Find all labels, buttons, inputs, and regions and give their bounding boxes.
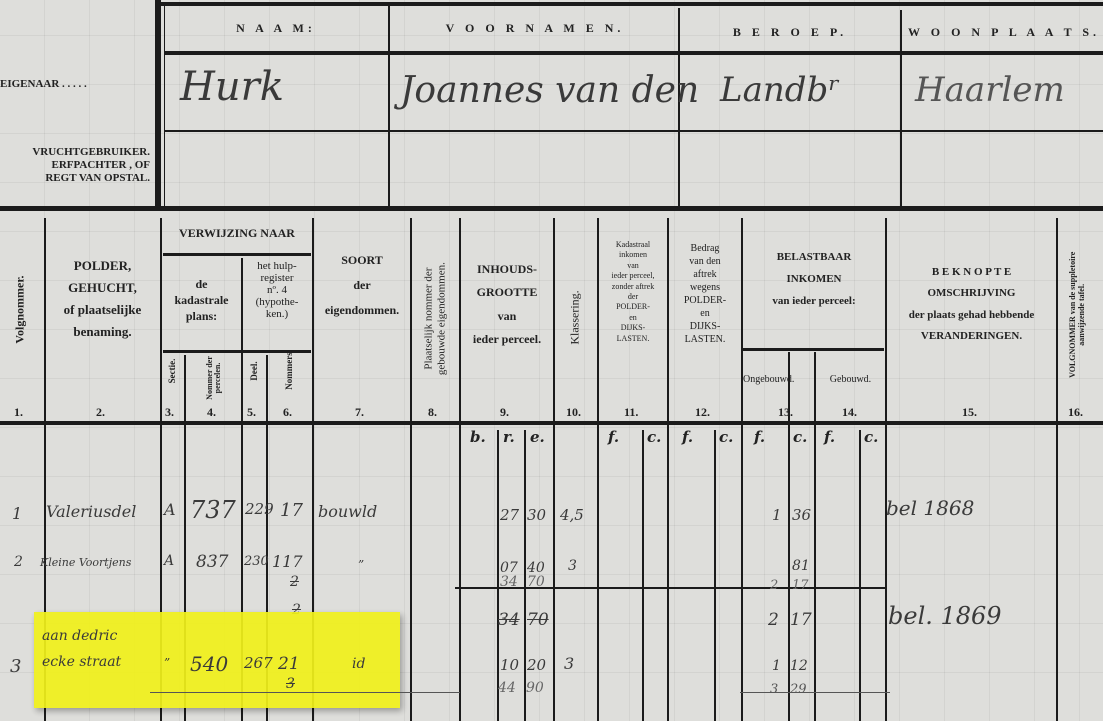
unit-c14-florin: f. xyxy=(824,428,835,446)
col-nommers-title: Nommers xyxy=(284,344,294,398)
owner-section-bottom-rule xyxy=(0,206,1103,211)
row-3-soort: id xyxy=(352,656,365,672)
eigenaar-label: EIGENAAR . . . . . xyxy=(0,78,150,91)
col-16-number: 16. xyxy=(1068,405,1083,420)
row-2-nommer-sub1: 2 xyxy=(290,574,299,590)
row-3-total-roede: 44 xyxy=(498,680,516,696)
col-plaatselijk-nommer-title: Plaatselijk nommer der gebouwde eigendom… xyxy=(422,246,447,392)
col-7-number: 7. xyxy=(355,405,364,420)
col-deel-title: Deel. xyxy=(249,351,259,391)
owner-header-rule xyxy=(165,51,1103,55)
col-soort-title: SOORT der eigendommen. xyxy=(314,254,410,317)
col-gebouwd-title: Gebouwd. xyxy=(816,374,885,386)
unit-c13-florin: f. xyxy=(754,428,765,446)
col-4-number: 4. xyxy=(207,405,216,420)
eigenaar-woonplaats: Haarlem xyxy=(915,70,1065,110)
owner-col-divider-3 xyxy=(900,10,902,208)
eigenaar-beroep: Landbʳ xyxy=(720,70,840,110)
col-2-number: 2. xyxy=(96,405,105,420)
col-rule-14c xyxy=(859,430,861,721)
top-rule xyxy=(160,2,1103,6)
row-2-subtotal-roede: 34 xyxy=(500,574,518,590)
row-2-subtotal-c: 17 xyxy=(792,578,809,593)
row-2-carry-roede: 34 xyxy=(498,610,520,630)
belastbaar-inkomen-title: BELASTBAAR INKOMEN van ieder perceel: xyxy=(743,246,885,312)
col-kadastraal-inkomen-title: Kadastraal inkomen van ieder perceel, zo… xyxy=(599,240,667,344)
beroep-header: B E R O E P. xyxy=(680,26,900,40)
row-1-roede: 27 xyxy=(500,506,519,524)
row-2-volgnommer: 2 xyxy=(14,554,23,570)
col-3-number: 3. xyxy=(165,405,174,420)
hulpregister-title: het hulp- register nº. 4 (hypothe- ken.) xyxy=(242,260,312,320)
row-3-polder-line2: ecke straat xyxy=(42,654,121,670)
row-2-carry-c: 17 xyxy=(790,610,812,630)
owner-row-rule xyxy=(165,130,1103,132)
row-2-ongebouwd-c: 81 xyxy=(792,558,810,574)
unit-c13-cent: c. xyxy=(793,428,807,446)
row-1-ongebouwd-f: 1 xyxy=(772,506,782,524)
col-15-number: 15. xyxy=(962,405,977,420)
col-beknopte-omschrijving-title: B E K N O P T E OMSCHRIJVING der plaats … xyxy=(887,262,1056,348)
row-1-nommer: 17 xyxy=(280,500,303,521)
kadastrale-plans-title: de kadastrale plans: xyxy=(162,276,241,325)
col-rule-11c xyxy=(642,430,644,721)
col-6-number: 6. xyxy=(283,405,292,420)
col-14-number: 14. xyxy=(842,405,857,420)
row-3-klassering: 3 xyxy=(564,654,574,673)
col-nommer-percelen-title: Nommer der percelen. xyxy=(206,348,222,408)
col-suppletoire-tafel-title: VOLGNOMMER van de suppletoire aanwijzend… xyxy=(1069,245,1087,385)
col-rule-9e xyxy=(524,430,526,721)
col-bedrag-aftrek-title: Bedrag van den aftrek wegens POLDER- en … xyxy=(669,242,741,346)
row-1-ongebouwd-c: 36 xyxy=(792,506,811,524)
verwijzing-naar-title: VERWIJZING NAAR xyxy=(162,227,312,241)
row-3-ongebouwd-f: 1 xyxy=(772,658,781,674)
row-2-subtotal-f: 2 xyxy=(770,578,778,593)
woonplaats-header: W O O N P L A A T S. xyxy=(905,26,1103,40)
col-10-number: 10. xyxy=(566,405,581,420)
unit-roede: r. xyxy=(503,428,515,446)
col-13-number: 13. xyxy=(778,405,793,420)
row-1-perceel: 737 xyxy=(190,496,236,524)
row-3-ongebouwd-c: 12 xyxy=(790,658,808,674)
row-2-veranderingen: bel. 1869 xyxy=(888,602,1002,630)
col-9-number: 9. xyxy=(500,405,509,420)
row-3-nommer: 21 xyxy=(278,654,300,674)
kadaster-register-page: EIGENAAR . . . . . VRUCHTGEBRUIKER. ERFP… xyxy=(0,0,1103,721)
col-rule-9 xyxy=(553,218,555,721)
row-2-soort: ” xyxy=(358,558,364,572)
row-3-roede: 10 xyxy=(500,656,519,674)
col-polder-title: POLDER, GEHUCHT, of plaatselijke benamin… xyxy=(46,255,159,343)
header-bottom-rule xyxy=(0,421,1103,425)
row-2-klassering: 3 xyxy=(568,558,577,574)
col-rule-13c xyxy=(814,352,816,721)
row-3-nommer-sub: 3 xyxy=(286,676,295,692)
row-2-nommer: 117 xyxy=(272,552,303,571)
row-2-perceel: 837 xyxy=(196,552,228,572)
unit-bunder: b. xyxy=(470,428,486,446)
owner-col-divider-1 xyxy=(388,6,390,208)
unit-el: e. xyxy=(530,428,545,446)
col-8-number: 8. xyxy=(428,405,437,420)
owner-left-border xyxy=(155,0,161,208)
row-1-sectie: A xyxy=(164,500,176,519)
row-1-polder: Valeriusdel xyxy=(46,502,136,521)
col-5-number: 5. xyxy=(247,405,256,420)
col-ongebouwd-title: Ongebouwd. xyxy=(743,374,789,386)
row-3-volgnommer: 3 xyxy=(10,656,21,677)
unit-c14-cent: c. xyxy=(864,428,878,446)
row-3-total-f: 3 xyxy=(770,682,778,697)
row-3-income-total-rule xyxy=(740,692,890,693)
unit-c11-florin: f. xyxy=(608,428,619,446)
col-1-number: 1. xyxy=(14,405,23,420)
col-inhoudsgrootte-title: INHOUDS- GROOTTE van ieder perceel. xyxy=(461,258,553,352)
row-2-deel: 230 xyxy=(244,554,269,569)
col-11-number: 11. xyxy=(624,405,638,420)
eigenaar-naam: Hurk xyxy=(180,64,284,110)
col-12-number: 12. xyxy=(695,405,710,420)
row-3-total-el: 90 xyxy=(526,680,544,696)
eigenaar-voornamen: Joannes van den xyxy=(400,70,699,111)
row-1-deel: 229 xyxy=(245,500,274,518)
row-2-polder: Kleine Voortjens xyxy=(40,556,131,569)
naam-header: N A A M: xyxy=(165,22,387,36)
row-2-subtotal-el: 70 xyxy=(527,574,545,590)
unit-c11-cent: c. xyxy=(647,428,661,446)
row-1-soort: bouwld xyxy=(318,502,377,521)
row-3-total-rule xyxy=(150,692,460,693)
vruchtgebruiker-label: VRUCHTGEBRUIKER. ERFPACHTER , OF REGT VA… xyxy=(0,146,150,186)
col-volgnommer-title: Volgnommer. xyxy=(13,260,28,360)
voornamen-header: V O O R N A M E N. xyxy=(390,22,680,36)
row-3-el: 20 xyxy=(527,656,546,674)
row-1-el: 30 xyxy=(527,506,546,524)
row-2-carry-el: 70 xyxy=(527,610,549,630)
row-2-carry-f: 2 xyxy=(768,610,779,630)
col-klassering-title: Klassering. xyxy=(568,278,583,358)
subtotal-rule xyxy=(455,587,885,589)
col-rule-7 xyxy=(410,218,412,721)
col-sectie-title: Sectie. xyxy=(167,351,177,391)
row-1-veranderingen: bel 1868 xyxy=(886,496,974,520)
row-3-sectie: ” xyxy=(164,656,170,670)
col-rule-9r xyxy=(497,430,499,721)
row-3-total-c: 29 xyxy=(790,682,807,697)
unit-c12-florin: f. xyxy=(682,428,693,446)
col-rule-15 xyxy=(1056,218,1058,721)
row-1-klassering: 4,5 xyxy=(560,506,584,524)
row-1-volgnommer: 1 xyxy=(12,504,22,523)
verwijzing-rule xyxy=(163,253,311,256)
col-rule-12c xyxy=(714,430,716,721)
row-3-perceel: 540 xyxy=(190,652,228,676)
unit-c12-cent: c. xyxy=(719,428,733,446)
row-3-polder-line1: aan dedric xyxy=(42,628,117,644)
row-3-deel: 267 xyxy=(244,654,273,672)
row-2-sectie: A xyxy=(164,553,174,569)
belastbaar-sub-rule xyxy=(743,348,884,351)
